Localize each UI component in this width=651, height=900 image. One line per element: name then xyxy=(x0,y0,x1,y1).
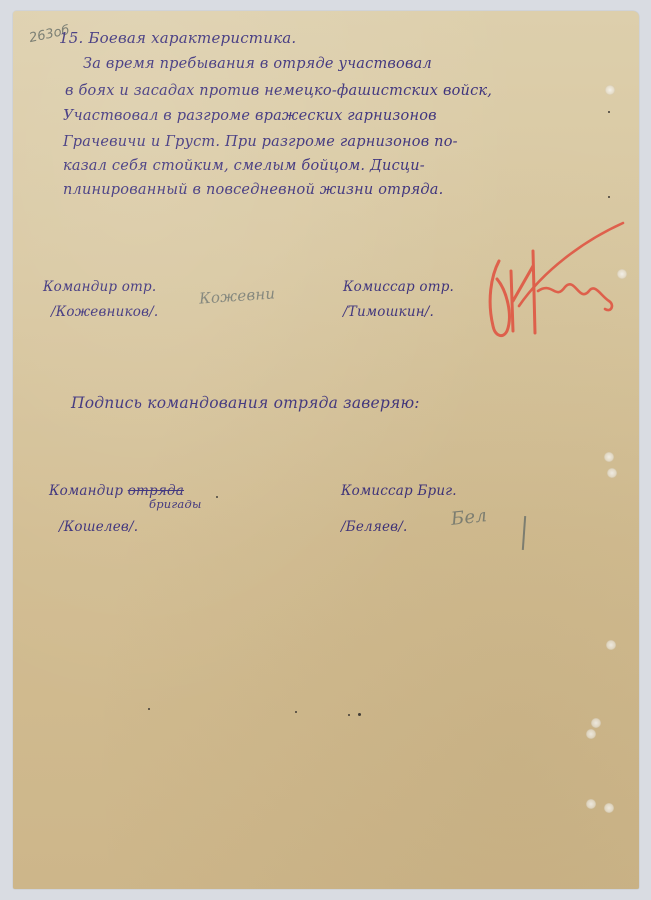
detachment-commissar-title: Комиссар отр. xyxy=(343,279,454,295)
punch-hole xyxy=(604,452,614,462)
punch-hole xyxy=(586,729,596,739)
brigade-commander-title-inserted: бригады xyxy=(149,497,202,511)
characteristic-line: в боях и засадах против немецко-фашистск… xyxy=(65,83,492,99)
ink-speck xyxy=(348,714,350,716)
detachment-commander-title: Командир отр. xyxy=(43,279,156,295)
signature-stroke xyxy=(522,516,526,550)
ink-speck xyxy=(608,111,610,113)
punch-hole xyxy=(604,803,614,813)
characteristic-line: Грачевичи и Груст. При разгроме гарнизон… xyxy=(63,134,458,150)
red-signature-mark xyxy=(483,221,633,346)
brigade-commander-name: /Кошелев/. xyxy=(59,519,138,535)
ink-speck xyxy=(295,711,297,713)
document-page: 263об 15. Боевая характеристика. За врем… xyxy=(13,11,639,889)
characteristic-line: Участвовал в разгроме вражеских гарнизон… xyxy=(63,108,437,124)
section-title: 15. Боевая характеристика. xyxy=(59,29,296,47)
ink-speck xyxy=(216,496,218,498)
punch-hole xyxy=(617,269,627,279)
certification-line: Подпись командования отряда заверяю: xyxy=(71,394,420,412)
punch-hole xyxy=(605,85,615,95)
punch-hole xyxy=(607,468,617,478)
ink-speck xyxy=(608,196,610,198)
brigade-commissar-name: /Беляев/. xyxy=(341,519,407,535)
ink-speck xyxy=(148,708,150,710)
characteristic-line: казал себя стойким, смелым бойцом. Дисци… xyxy=(63,158,425,174)
detachment-commissar-name: /Тимошкин/. xyxy=(343,304,434,320)
detachment-commander-name: /Кожевников/. xyxy=(51,304,158,320)
punch-hole xyxy=(606,640,616,650)
brigade-commissar-title: Комиссар Бриг. xyxy=(341,483,457,499)
characteristic-line: плинированный в повседневной жизни отряд… xyxy=(63,182,443,198)
detachment-commander-signature: Кожевни xyxy=(198,284,275,307)
ink-speck xyxy=(358,713,361,716)
brigade-commissar-signature: Бел xyxy=(450,505,488,530)
brigade-commander-title: Командир xyxy=(49,483,123,499)
punch-hole xyxy=(586,799,596,809)
characteristic-line: За время пребывания в отряде участвовал xyxy=(83,56,432,72)
punch-hole xyxy=(591,718,601,728)
